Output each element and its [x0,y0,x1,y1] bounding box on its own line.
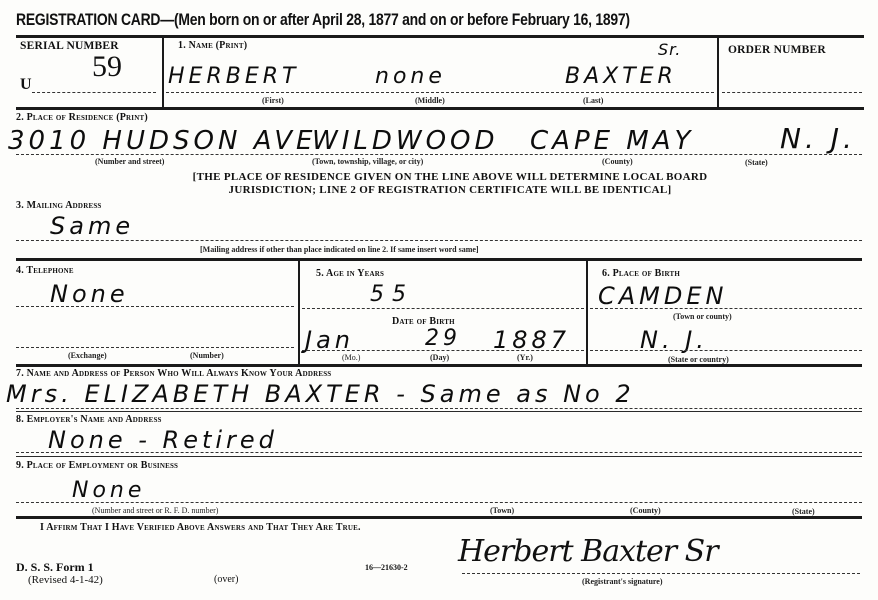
residence-label: 2. Place of Residence (Print) [16,112,148,123]
age-label: 5. Age in Years [316,268,384,279]
birthplace-town[interactable]: CAMDEN [598,282,727,310]
form-revised: (Revised 4-1-42) [28,574,103,586]
town-or-county-caption: (Town or county) [673,312,732,321]
dob-line [302,350,584,351]
employer-line [16,452,862,453]
telephone-number-line [16,347,294,348]
notice-line-2: JURISDICTION; LINE 2 OF REGISTRATION CER… [60,184,840,197]
divider [16,456,862,457]
mailing-address-value[interactable]: Same [50,212,134,240]
state-caption: (State) [745,158,768,167]
divider [162,37,164,107]
name-line [166,92,714,93]
residence-line [16,154,862,155]
birth-day[interactable]: 29 [425,326,461,351]
birthplace-town-line [590,308,862,309]
employment-street-caption: (Number and street or R. F. D. number) [92,506,218,515]
employment-place-value[interactable]: None [72,478,145,503]
notice-line-1: [THE PLACE OF RESIDENCE GIVEN ON THE LIN… [60,171,840,184]
year-caption: (Yr.) [517,353,533,362]
divider [16,411,862,412]
residence-state[interactable]: N. J. [780,122,856,155]
employer-value[interactable]: None - Retired [48,426,278,454]
first-caption: (First) [262,96,284,105]
contact-person-value[interactable]: Mrs. ELIZABETH BAXTER - Same as No 2 [6,380,635,408]
employment-line [16,502,862,503]
divider [16,35,864,38]
town-caption: (Town, township, village, or city) [312,157,423,166]
divider [586,260,588,364]
name-label: 1. Name (Print) [178,40,247,51]
place-of-birth-label: 6. Place of Birth [602,268,680,279]
serial-number-value: 59 [92,50,122,84]
form-name: D. S. S. Form 1 [16,560,94,575]
birthplace-state-line [590,350,862,351]
over-note: (over) [214,574,238,585]
order-number-line[interactable] [722,92,862,93]
day-caption: (Day) [430,353,449,362]
employment-place-label: 9. Place of Employment or Business [16,460,178,471]
divider [717,37,719,107]
residence-county[interactable]: CAPE MAY [530,126,694,156]
name-last[interactable]: BAXTER [565,64,677,89]
jurisdiction-notice: [THE PLACE OF RESIDENCE GIVEN ON THE LIN… [60,171,840,197]
mailing-address-label: 3. Mailing Address [16,200,102,211]
age-line [302,308,584,309]
divider [16,258,862,261]
serial-line [32,92,156,93]
divider [16,107,864,110]
telephone-label: 4. Telephone [16,265,74,276]
serial-prefix: U [20,76,32,94]
divider [16,516,862,519]
last-caption: (Last) [583,96,603,105]
mailing-line [16,240,862,241]
print-code: 16—21630-2 [365,563,408,572]
divider [16,364,862,367]
middle-caption: (Middle) [415,96,445,105]
county-caption: (County) [602,157,633,166]
month-caption: (Mo.) [342,353,360,362]
name-middle[interactable]: none [375,64,446,89]
residence-street[interactable]: 3010 HUDSON AVE [8,126,316,156]
telephone-value[interactable]: None [50,280,129,308]
name-first[interactable]: HERBERT [168,64,299,89]
order-number-label: ORDER NUMBER [728,44,826,56]
signature-caption: (Registrant's signature) [582,577,663,586]
contact-person-label: 7. Name and Address of Person Who Will A… [16,368,331,379]
employment-state-caption: (State) [792,507,815,516]
employment-town-caption: (Town) [490,506,514,515]
name-suffix[interactable]: Sr. [658,40,681,59]
employer-label: 8. Employer's Name and Address [16,414,162,425]
number-caption: (Number) [190,351,224,360]
residence-town[interactable]: WILDWOOD [312,126,499,156]
street-caption: (Number and street) [95,157,164,166]
telephone-line [16,306,294,307]
employment-county-caption: (County) [630,506,661,515]
contact-line [16,408,862,409]
card-title: REGISTRATION CARD—(Men born on or after … [16,10,630,30]
registrant-signature[interactable]: Herbert Baxter Sr [458,534,718,569]
exchange-caption: (Exchange) [68,351,107,360]
signature-line [462,573,860,574]
affirmation-text: I Affirm That I Have Verified Above Answ… [40,522,361,533]
divider [298,260,300,364]
state-or-country-caption: (State or country) [668,355,729,364]
age-value[interactable]: 55 [370,282,414,307]
mailing-caption: [Mailing address if other than place ind… [200,245,479,254]
